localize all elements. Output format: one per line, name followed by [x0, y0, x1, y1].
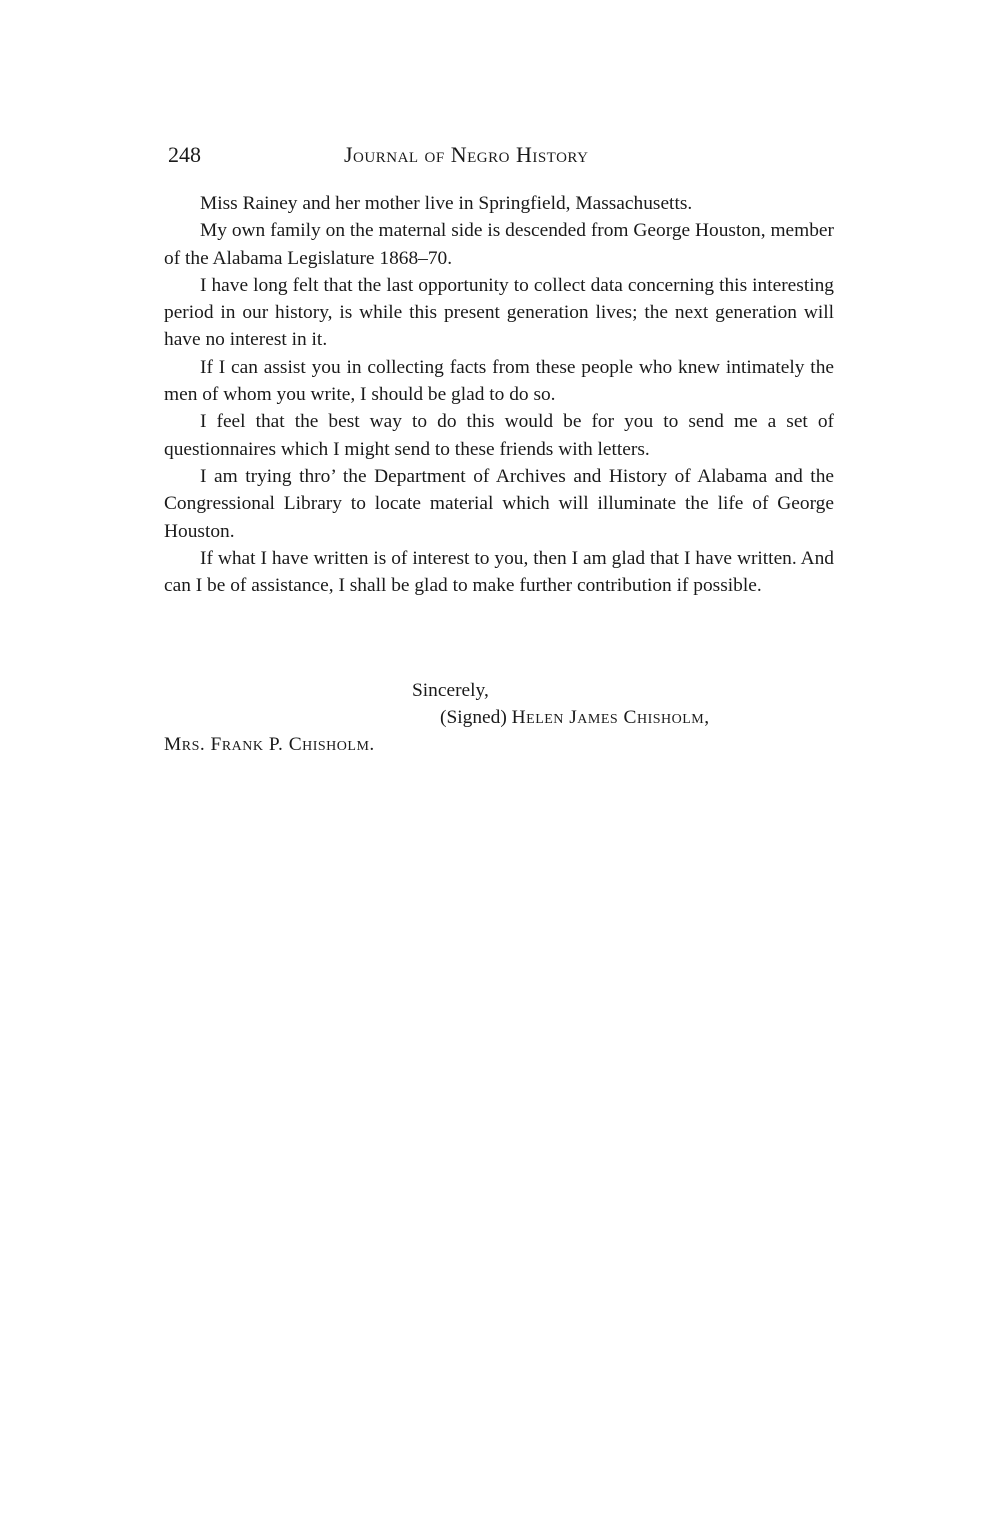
signed-prefix: (Signed) [440, 707, 507, 728]
page-number: 248 [168, 140, 201, 170]
paragraph: If I can assist you in collecting facts … [164, 354, 834, 409]
signer-name: Mrs. Frank P. Chisholm. [164, 731, 375, 758]
paragraph: I feel that the best way to do this woul… [164, 408, 834, 463]
valediction: Sincerely, [412, 677, 489, 704]
journal-title: Journal of Negro History [344, 140, 588, 170]
running-head: 248 Journal of Negro History [168, 140, 668, 170]
signed-name: Helen James Chisholm, [512, 707, 710, 728]
letter-body: Miss Rainey and her mother live in Sprin… [164, 190, 834, 599]
paragraph: Miss Rainey and her mother live in Sprin… [164, 190, 834, 217]
paragraph: I have long felt that the last opportuni… [164, 272, 834, 354]
document-page: 248 Journal of Negro History Miss Rainey… [0, 0, 1000, 1518]
paragraph: I am trying thro’ the Department of Arch… [164, 463, 834, 545]
paragraph: If what I have written is of interest to… [164, 545, 834, 600]
signature-line: (Signed) Helen James Chisholm, [440, 704, 710, 731]
paragraph: My own family on the maternal side is de… [164, 217, 834, 272]
